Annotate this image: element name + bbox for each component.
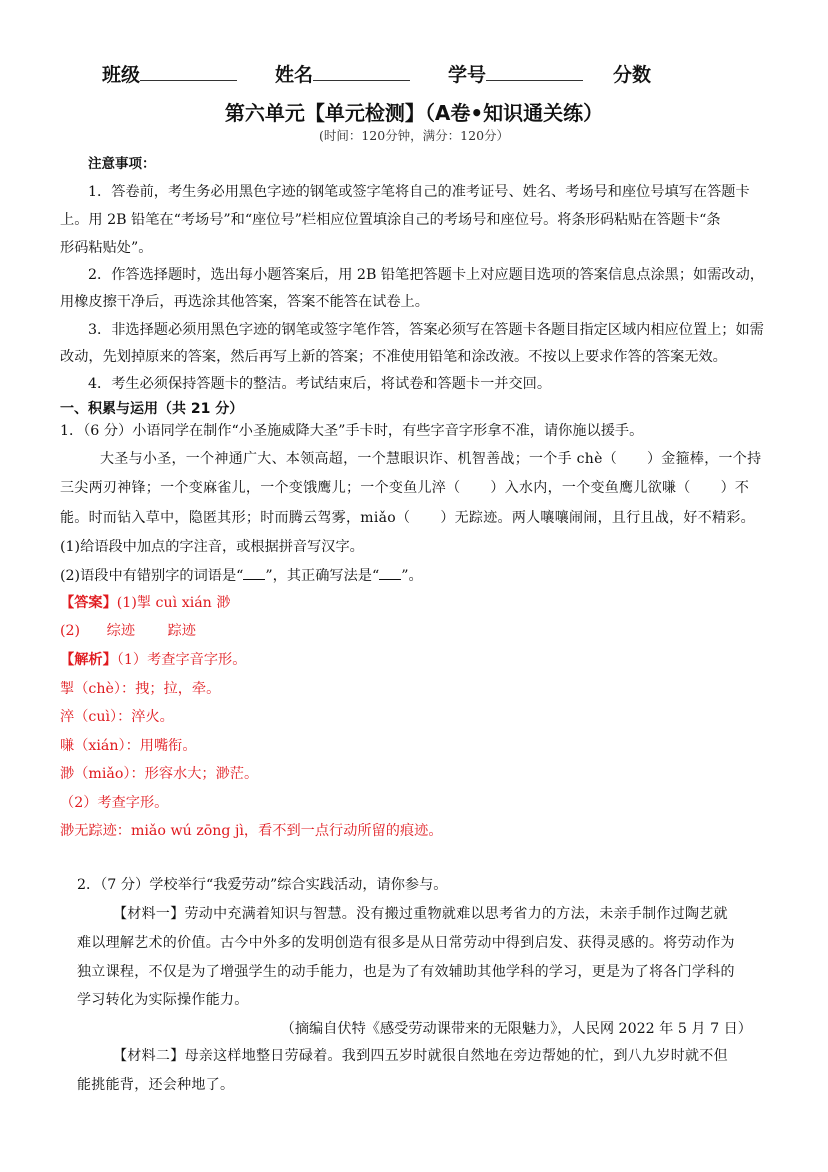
answer-line-1: 【答案】(1)掣 cuì xián 渺 [60, 596, 231, 610]
notice-heading: 注意事项： [88, 158, 156, 172]
answer-blank-1[interactable] [243, 567, 265, 580]
analysis-line-1: 【解析】（1）考查字音字形。 [60, 653, 246, 667]
student-id-field[interactable]: 学号 [448, 60, 613, 87]
page-subtitle: (时间：120分钟，满分：120分） [0, 126, 828, 144]
passage-line-1: 大圣与小圣，一个神通广大、本领高超，一个慧眼识诈、机智善战；一个手 chè（）金… [100, 452, 761, 466]
score-label: 分数 [613, 60, 651, 87]
name-field[interactable]: 姓名 [275, 60, 448, 87]
analysis-line-2: 掣（chè）：拽；拉，牵。 [60, 682, 220, 696]
class-label: 班级 [102, 60, 140, 87]
name-label: 姓名 [275, 60, 313, 87]
notice-item-3-line2: 改动，先划掉原来的答案，然后再写上新的答案；不准使用铅笔和涂改液。不按以上要求作… [60, 350, 727, 364]
class-field[interactable]: 班级 [102, 60, 275, 87]
question-1-stem: 1．（6 分）小语同学在制作“小圣施威降大圣”手卡时，有些字音字形拿不准，请你施… [60, 424, 643, 438]
class-blank[interactable] [140, 62, 237, 81]
score-field: 分数 [613, 60, 651, 87]
answer-label: 【答案】 [60, 595, 117, 611]
student-info-header: 班级 姓名 学号 分数 [102, 60, 651, 87]
material-1-line-2: 难以理解艺术的价值。古今中外多的发明创造有很多是从日常劳动中得到启发、获得灵感的… [77, 936, 735, 950]
notice-item-1-line2: 上。用 2B 铅笔在“考场号”和“座位号”栏相应位置填涂自己的考场号和座位号。将… [60, 213, 721, 227]
analysis-line-3: 淬（cuì）：淬火。 [60, 710, 174, 724]
name-blank[interactable] [313, 62, 410, 81]
material-1-line-4: 学习转化为实际操作能力。 [77, 993, 249, 1007]
sub-question-1: (1)给语段中加点的字注音，或根据拼音写汉字。 [60, 540, 364, 554]
page-title: 第六单元【单元检测】（A卷•知识通关练） [0, 97, 828, 126]
question-2-stem: 2．（7 分）学校举行“我爱劳动”综合实践活动，请你参与。 [77, 878, 447, 892]
analysis-label: 【解析】 [60, 652, 117, 668]
material-2-line-2: 能挑能背，还会种地了。 [77, 1078, 234, 1092]
student-id-blank[interactable] [486, 62, 583, 81]
sub-question-2: (2)语段中有错别字的词语是“”，其正确写法是“”。 [60, 567, 423, 583]
analysis-line-4: 嗛（xián）：用嘴衔。 [60, 739, 197, 753]
notice-item-2-line2: 用橡皮擦干净后，再选涂其他答案，答案不能答在试卷上。 [60, 295, 429, 309]
notice-item-2-line1: 2．作答选择题时，选出每小题答案后，用 2B 铅笔把答题卡上对应题目选项的答案信… [88, 268, 764, 282]
material-1-line-3: 独立课程，不仅是为了增强学生的动手能力，也是为了有效辅助其他学科的学习，更是为了… [77, 965, 735, 979]
student-id-label: 学号 [448, 60, 486, 87]
notice-item-4-line1: 4．考生必须保持答题卡的整洁。考试结束后，将试卷和答题卡一并交回。 [88, 377, 551, 391]
passage-line-2: 三尖两刃神锋；一个变麻雀儿，一个变饿鹰儿；一个变鱼儿淬（）入水内，一个变鱼鹰儿欲… [60, 481, 749, 495]
answer-line-2: (2) 综迹 踪迹 [60, 624, 196, 638]
answer-blank-2[interactable] [379, 567, 401, 580]
material-2-line-1: 【材料二】母亲这样地整日劳碌着。我到四五岁时就很自然地在旁边帮她的忙，到八九岁时… [113, 1049, 728, 1063]
material-1-line-1: 【材料一】劳动中充满着知识与智慧。没有搬过重物就难以思考省力的方法，未亲手制作过… [113, 907, 728, 921]
section-heading: 一、积累与运用（共 21 分） [60, 402, 243, 416]
analysis-line-5: 渺（miǎo）：形容水大；渺茫。 [60, 767, 258, 781]
material-1-source: （摘编自伏特《感受劳动课带来的无限魅力》，人民网 2022 年 5 月 7 日） [281, 1022, 752, 1036]
analysis-line-6: （2）考查字形。 [60, 796, 168, 810]
notice-item-3-line1: 3．非选择题必须用黑色字迹的钢笔或签字笔作答，答案必须写在答题卡各题目指定区域内… [88, 323, 764, 337]
analysis-line-7: 渺无踪迹：miǎo wú zōng jì，看不到一点行动所留的痕迹。 [60, 824, 443, 838]
notice-item-1-line3: 形码粘贴处”。 [60, 241, 152, 255]
passage-line-3: 能。时而钻入草中，隐匿其形；时而腾云驾雾，miǎo（）无踪迹。两人嚷嚷闹闹，且行… [60, 511, 755, 525]
notice-item-1-line1: 1．答卷前，考生务必用黑色字迹的钢笔或签字笔将自己的准考证号、姓名、考场号和座位… [88, 185, 750, 199]
